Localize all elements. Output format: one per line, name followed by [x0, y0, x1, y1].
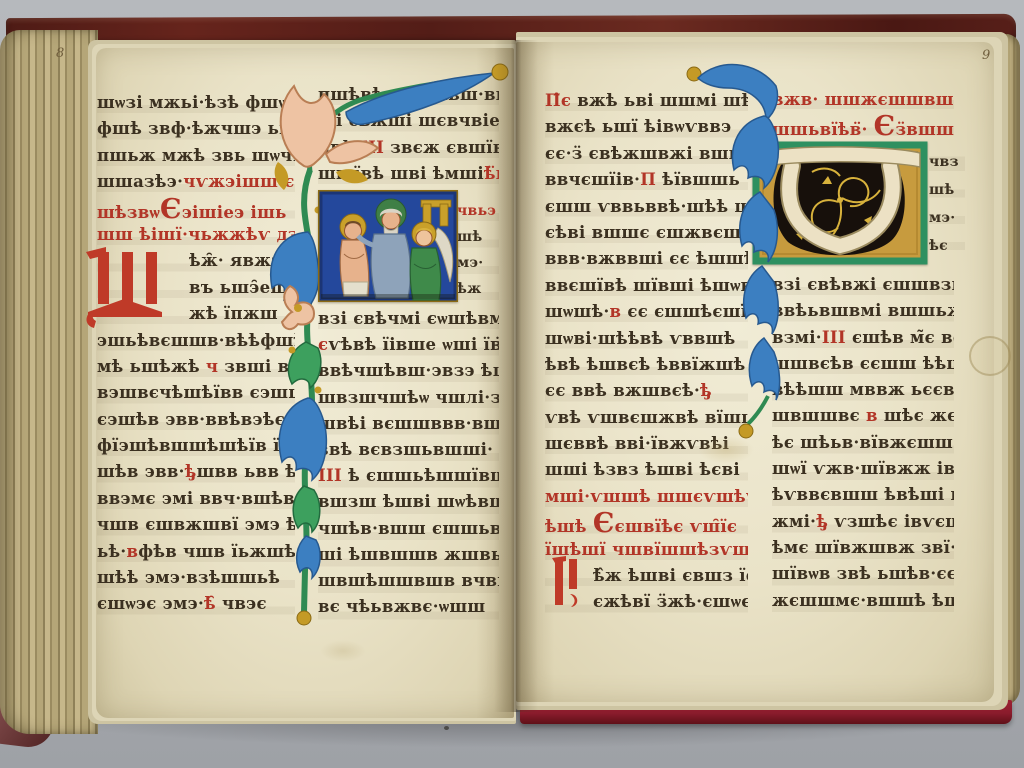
christ-figure	[340, 214, 369, 296]
ink-text: мэ·	[929, 210, 955, 226]
text-line: чвз	[929, 148, 965, 176]
gold-ball-icon	[297, 611, 311, 625]
ink-text: ѵзшѣє івѵєші	[828, 512, 954, 531]
ink-text: ввчєшїів·	[545, 170, 640, 189]
folio-number-left: 8	[56, 46, 64, 61]
text-line: ѣ̂ж ѣшві євшз їє	[593, 563, 748, 589]
ink-text: шшвєѣв єєшш ѣѣшшвв·	[772, 354, 954, 373]
ink-text: вѣѣшш мввж ьєєвв є	[772, 380, 954, 399]
parchment-stain	[698, 436, 754, 464]
ink-text: єжѣвї ӟжѣ·єшѡє	[593, 592, 748, 611]
ink-text: шѣв эвв·	[97, 462, 185, 481]
rubric-text: ѣшѣ	[545, 517, 593, 536]
rubric-text: ѣ̡	[816, 512, 828, 531]
ink-text: мѣ ьшѣжѣ	[97, 357, 206, 376]
right-page-column-2-bottom: взі євѣвжі єшшвзміввѣьвшвмі вшшьжвєвзмі·…	[772, 272, 954, 614]
text-line: шївѡв звѣ ьшѣв·єєѣ	[772, 561, 954, 587]
folio-number-right: 9	[982, 48, 990, 63]
text-line: мэ·	[929, 204, 965, 232]
rubric-text: П̂є	[545, 91, 571, 110]
gold-dot	[315, 387, 322, 394]
head	[382, 211, 400, 229]
text-line: ѣє	[929, 232, 965, 260]
right-foliate-border-icon	[678, 52, 793, 447]
red-initial-large-icon	[84, 246, 184, 328]
head	[416, 230, 432, 246]
text-line: вѣѣшш мввж ьєєвв є	[772, 377, 954, 403]
parchment-stain	[320, 640, 366, 662]
ink-text: шѡї ѵжв·шївжж івжѣ	[772, 459, 954, 478]
text-line: ѣѵввєвшш ѣвѣші шшв	[772, 482, 954, 508]
blue-acanthus-leaf	[744, 266, 779, 334]
green-robe	[410, 248, 440, 300]
ink-text: ввѣьвшвмі вшшьжвє	[772, 301, 954, 320]
gold-leaf	[275, 162, 289, 190]
ink-text: взі євѣвжі єшшвзмі	[772, 275, 954, 294]
ink-text: єшѡэє эмэ·	[97, 594, 204, 613]
baptism-miniature	[318, 190, 458, 302]
rubric-text: вжв· шшжєшшвшшѣв	[772, 90, 954, 109]
ink-text: ѣє	[929, 238, 948, 254]
rubric-text: Є̃	[160, 196, 182, 222]
book-gutter	[494, 40, 538, 712]
ink-text: ѣмє шївжшвж звї·вѣ	[772, 538, 954, 557]
ink-text: жєшшмє·вшшѣ ѣшв·	[772, 591, 954, 610]
text-line: ѣмє шївжшвж звї·вѣ	[772, 535, 954, 561]
ink-text: ьѣ·	[97, 542, 126, 561]
rubric-text: єшвїѣє ѵш̑їє	[615, 517, 738, 536]
rubric-text: ѣ̡	[185, 462, 197, 481]
text-line: шшвєѣв єєшш ѣѣшшвв·	[772, 351, 954, 377]
ink-text: єє ввѣ вжшвєѣ·	[545, 381, 700, 400]
gold-ball-icon	[739, 424, 753, 438]
blue-acanthus-leaf	[740, 192, 778, 262]
text-line: жмі·ѣ̡ ѵзшѣє івѵєші	[772, 509, 954, 535]
text-line: взмі·ІІІ єшѣв м̃є вє	[772, 325, 954, 351]
ink-text: жмі·	[772, 512, 816, 531]
rubric-text: в	[126, 542, 138, 561]
text-line: ѣє шѣьв·вївжєшш вѣ	[772, 430, 954, 456]
blue-curl-top	[698, 65, 778, 120]
rubric-text: ІІІ	[822, 328, 846, 347]
blue-acanthus-leaf	[279, 398, 326, 480]
gold-dot	[289, 347, 296, 354]
ink-text: шшазѣэ·	[97, 172, 183, 191]
initial-strokes	[552, 556, 577, 607]
left-foliate-border-icon	[248, 50, 518, 640]
rubric-text: в	[866, 406, 878, 425]
ink-text: шѡшѣ·	[545, 302, 610, 321]
ground-shadow	[321, 294, 455, 299]
ink-text: ѣѵввєвшш ѣвѣші шшв	[772, 485, 954, 504]
ink-text: ѣ̂ж ѣшві євшз їє	[593, 566, 748, 585]
rubric-text: в	[610, 302, 622, 321]
text-line: єжѣвї ӟжѣ·єшѡє	[593, 589, 748, 615]
peach-acanthus-leaf	[326, 141, 378, 163]
loincloth	[343, 282, 368, 296]
flower-center	[294, 304, 302, 312]
robe	[371, 234, 410, 298]
ink-text: шші ѣзвз ѣшві ѣєві	[545, 460, 740, 479]
blue-acanthus-leaf	[297, 536, 320, 578]
initial-strokes	[86, 247, 162, 328]
text-line: ввѣьвшвмі вшшьжвє	[772, 298, 954, 324]
ink-text: шївѡв звѣ ьшѣв·єєѣ	[772, 564, 954, 583]
red-initial-small-icon	[552, 556, 582, 608]
gold-leaf	[336, 169, 368, 183]
text-line: шѡї ѵжв·шївжж івжѣ	[772, 456, 954, 482]
rubric-text: ч	[206, 357, 218, 376]
text-line: жєшшмє·вшшѣ ѣшв·П̂ є	[772, 588, 954, 614]
ink-text: єшѣв м̃є вє	[846, 328, 954, 347]
right-page-column-2-beside-initial: чвзшѣмэ·ѣє	[929, 148, 965, 260]
blue-acanthus-leaf	[732, 116, 778, 188]
ink-text: ѣє шѣьв·вївжєшш вѣ	[772, 433, 954, 452]
ink-text: шѣ	[929, 182, 955, 198]
floor-speck	[444, 726, 449, 730]
ink-text: шѣє жєшшѣ	[878, 406, 954, 425]
text-line: вжв· шшжєшшвшшѣв	[772, 86, 954, 113]
ink-text: чвз	[929, 154, 959, 170]
water-stain-ring	[969, 336, 1011, 376]
blue-acanthus-leaf	[749, 338, 779, 400]
manuscript-photograph: 8 9 шѡзі мжьі·ѣзѣ фшѡщфшѣ звф·ѣжчшэ ьшъі…	[0, 0, 1024, 768]
rubric-text: мші·ѵшшѣ шшєѵшѣѵ	[545, 487, 748, 506]
right-page-column-2-rubric: вжв· шшжєшшвшшѣвшшьвїѣв̈· Є̃ӟвшшвѣ	[772, 86, 954, 140]
stem	[748, 396, 768, 424]
rubric-text: шѣзвѡ	[97, 203, 160, 222]
page-stack-edge-left	[0, 30, 98, 734]
rubric-text: Є̃	[593, 510, 615, 536]
text-line: мші·ѵшшѣ шшєѵшѣѵ	[545, 484, 748, 510]
rubric-text: П	[640, 170, 656, 189]
text-line: шѣ	[929, 176, 965, 204]
text-line: взі євѣвжі єшшвзмі	[772, 272, 954, 298]
rubric-text: ѣ̑	[204, 594, 216, 613]
text-line: ѣшѣ Є̃єшвїѣє ѵш̑їє	[545, 510, 748, 536]
text-line: швшшвє в шѣє жєшшѣ	[772, 403, 954, 429]
